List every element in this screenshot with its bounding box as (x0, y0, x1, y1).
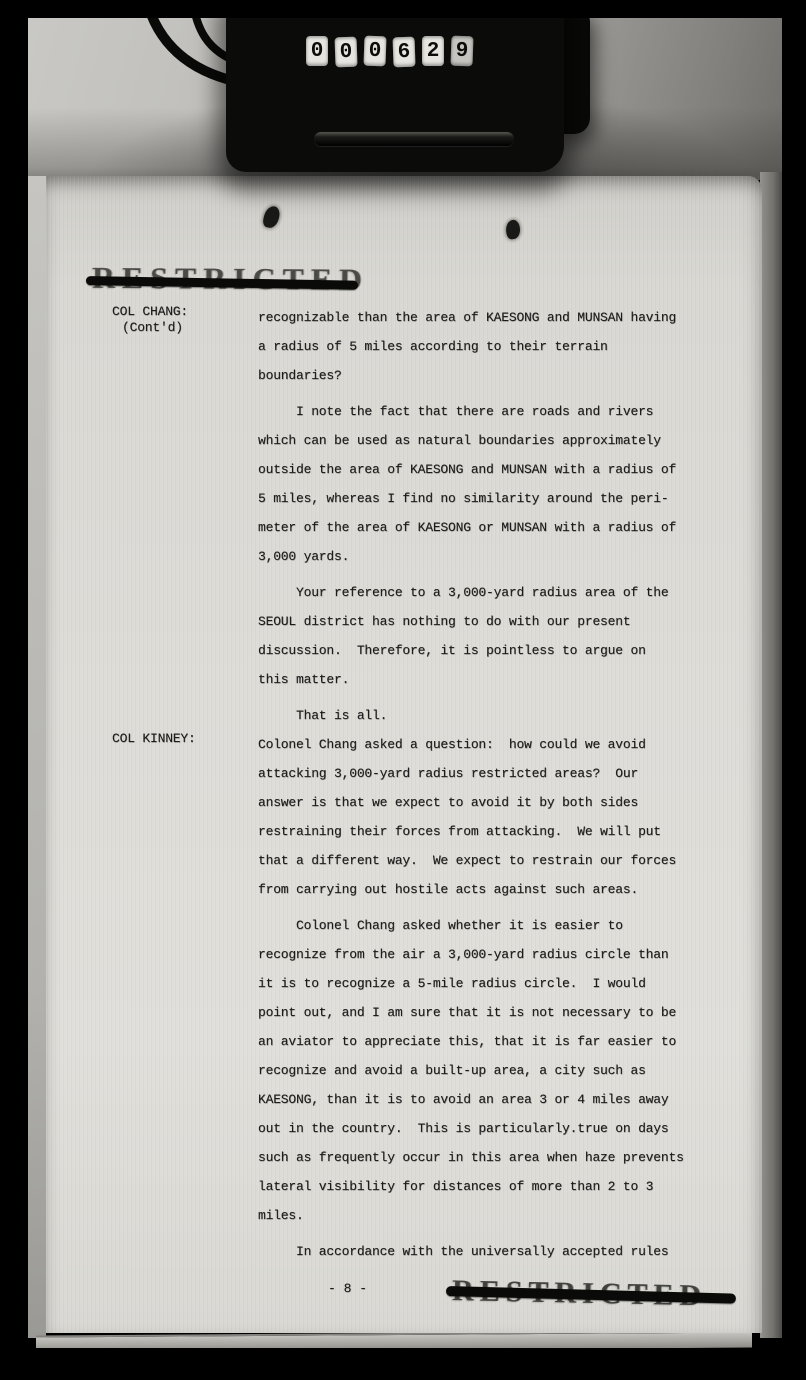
transcript: COL CHANG:(Cont'd)recognizable than the … (46, 303, 762, 1266)
film-border-left (0, 0, 28, 1380)
fastener-hole-left (262, 205, 281, 230)
transcript-line: point out, and I am sure that it is not … (258, 998, 762, 1027)
transcript-line: that a different way. We expect to restr… (258, 846, 762, 875)
paragraph: That is all. (46, 701, 762, 730)
transcript-line: meter of the area of KAESONG or MUNSAN w… (258, 513, 762, 542)
transcript-line: KAESONG, than it is to avoid an area 3 o… (258, 1085, 762, 1114)
transcript-line: boundaries? (258, 361, 762, 390)
transcript-line: 5 miles, whereas I find no similarity ar… (258, 484, 762, 513)
document-page: RESTRICTED COL CHANG:(Cont'd)recognizabl… (46, 176, 762, 1333)
page-stack-edge-left (28, 176, 46, 1338)
transcript-line: this matter. (258, 665, 762, 694)
speaker-continuation-note: (Cont'd) (122, 320, 183, 335)
counter-digit: 0 (306, 36, 328, 66)
transcript-line: a radius of 5 miles according to their t… (258, 332, 762, 361)
film-border-right (782, 0, 806, 1380)
transcript-line: from carrying out hostile acts against s… (258, 875, 762, 904)
paragraph: In accordance with the universally accep… (46, 1237, 762, 1266)
counter-slot (314, 132, 514, 146)
counter-digit: 0 (335, 37, 358, 68)
transcript-line: Colonel Chang asked a question: how coul… (258, 730, 762, 759)
transcript-line: such as frequently occur in this area wh… (258, 1143, 762, 1172)
speaker-label: COL KINNEY: (112, 731, 196, 746)
paragraph: Your reference to a 3,000-yard radius ar… (46, 578, 762, 694)
paragraph: Colonel Chang asked whether it is easier… (46, 911, 762, 1230)
transcript-line: 3,000 yards. (258, 542, 762, 571)
page-stack-edge-right (760, 172, 782, 1338)
film-border-bottom (0, 1348, 806, 1380)
transcript-line: discussion. Therefore, it is pointless t… (258, 636, 762, 665)
page-number: - 8 - (328, 1274, 367, 1303)
speaker-block: COL CHANG:(Cont'd)recognizable than the … (46, 303, 762, 730)
transcript-line: Colonel Chang asked whether it is easier… (258, 911, 762, 940)
transcript-line: That is all. (258, 701, 762, 730)
counter-digit: 9 (450, 36, 473, 67)
transcript-line: SEOUL district has nothing to do with ou… (258, 607, 762, 636)
transcript-line: In accordance with the universally accep… (258, 1237, 762, 1266)
transcript-line: answer is that we expect to avoid it by … (258, 788, 762, 817)
transcript-line: recognize from the air a 3,000-yard radi… (258, 940, 762, 969)
counter-digit: 0 (363, 36, 386, 67)
speaker-label: COL CHANG: (112, 304, 188, 319)
transcript-line: it is to recognize a 5-mile radius circl… (258, 969, 762, 998)
transcript-line: recognize and avoid a built-up area, a c… (258, 1056, 762, 1085)
transcript-line: I note the fact that there are roads and… (258, 397, 762, 426)
paragraph: Colonel Chang asked a question: how coul… (46, 730, 762, 904)
transcript-line: lateral visibility for distances of more… (258, 1172, 762, 1201)
counter-digit-display: 000629 (306, 36, 473, 66)
fastener-hole-right (505, 219, 522, 240)
exposure-counter-device: 000629 (226, 0, 564, 172)
transcript-line: attacking 3,000-yard radius restricted a… (258, 759, 762, 788)
transcript-line: out in the country. This is particularly… (258, 1114, 762, 1143)
paragraph: I note the fact that there are roads and… (46, 397, 762, 571)
counter-digit: 2 (422, 36, 444, 66)
transcript-line: which can be used as natural boundaries … (258, 426, 762, 455)
speaker-block: COL KINNEY:Colonel Chang asked a questio… (46, 730, 762, 1266)
counter-digit: 6 (393, 37, 416, 68)
film-border-top (0, 0, 806, 18)
transcript-line: outside the area of KAESONG and MUNSAN w… (258, 455, 762, 484)
transcript-line: an aviator to appreciate this, that it i… (258, 1027, 762, 1056)
transcript-line: miles. (258, 1201, 762, 1230)
transcript-line: Your reference to a 3,000-yard radius ar… (258, 578, 762, 607)
transcript-line: recognizable than the area of KAESONG an… (258, 303, 762, 332)
transcript-line: restraining their forces from attacking.… (258, 817, 762, 846)
scanned-document-frame: RESTRICTED COL CHANG:(Cont'd)recognizabl… (0, 0, 806, 1380)
